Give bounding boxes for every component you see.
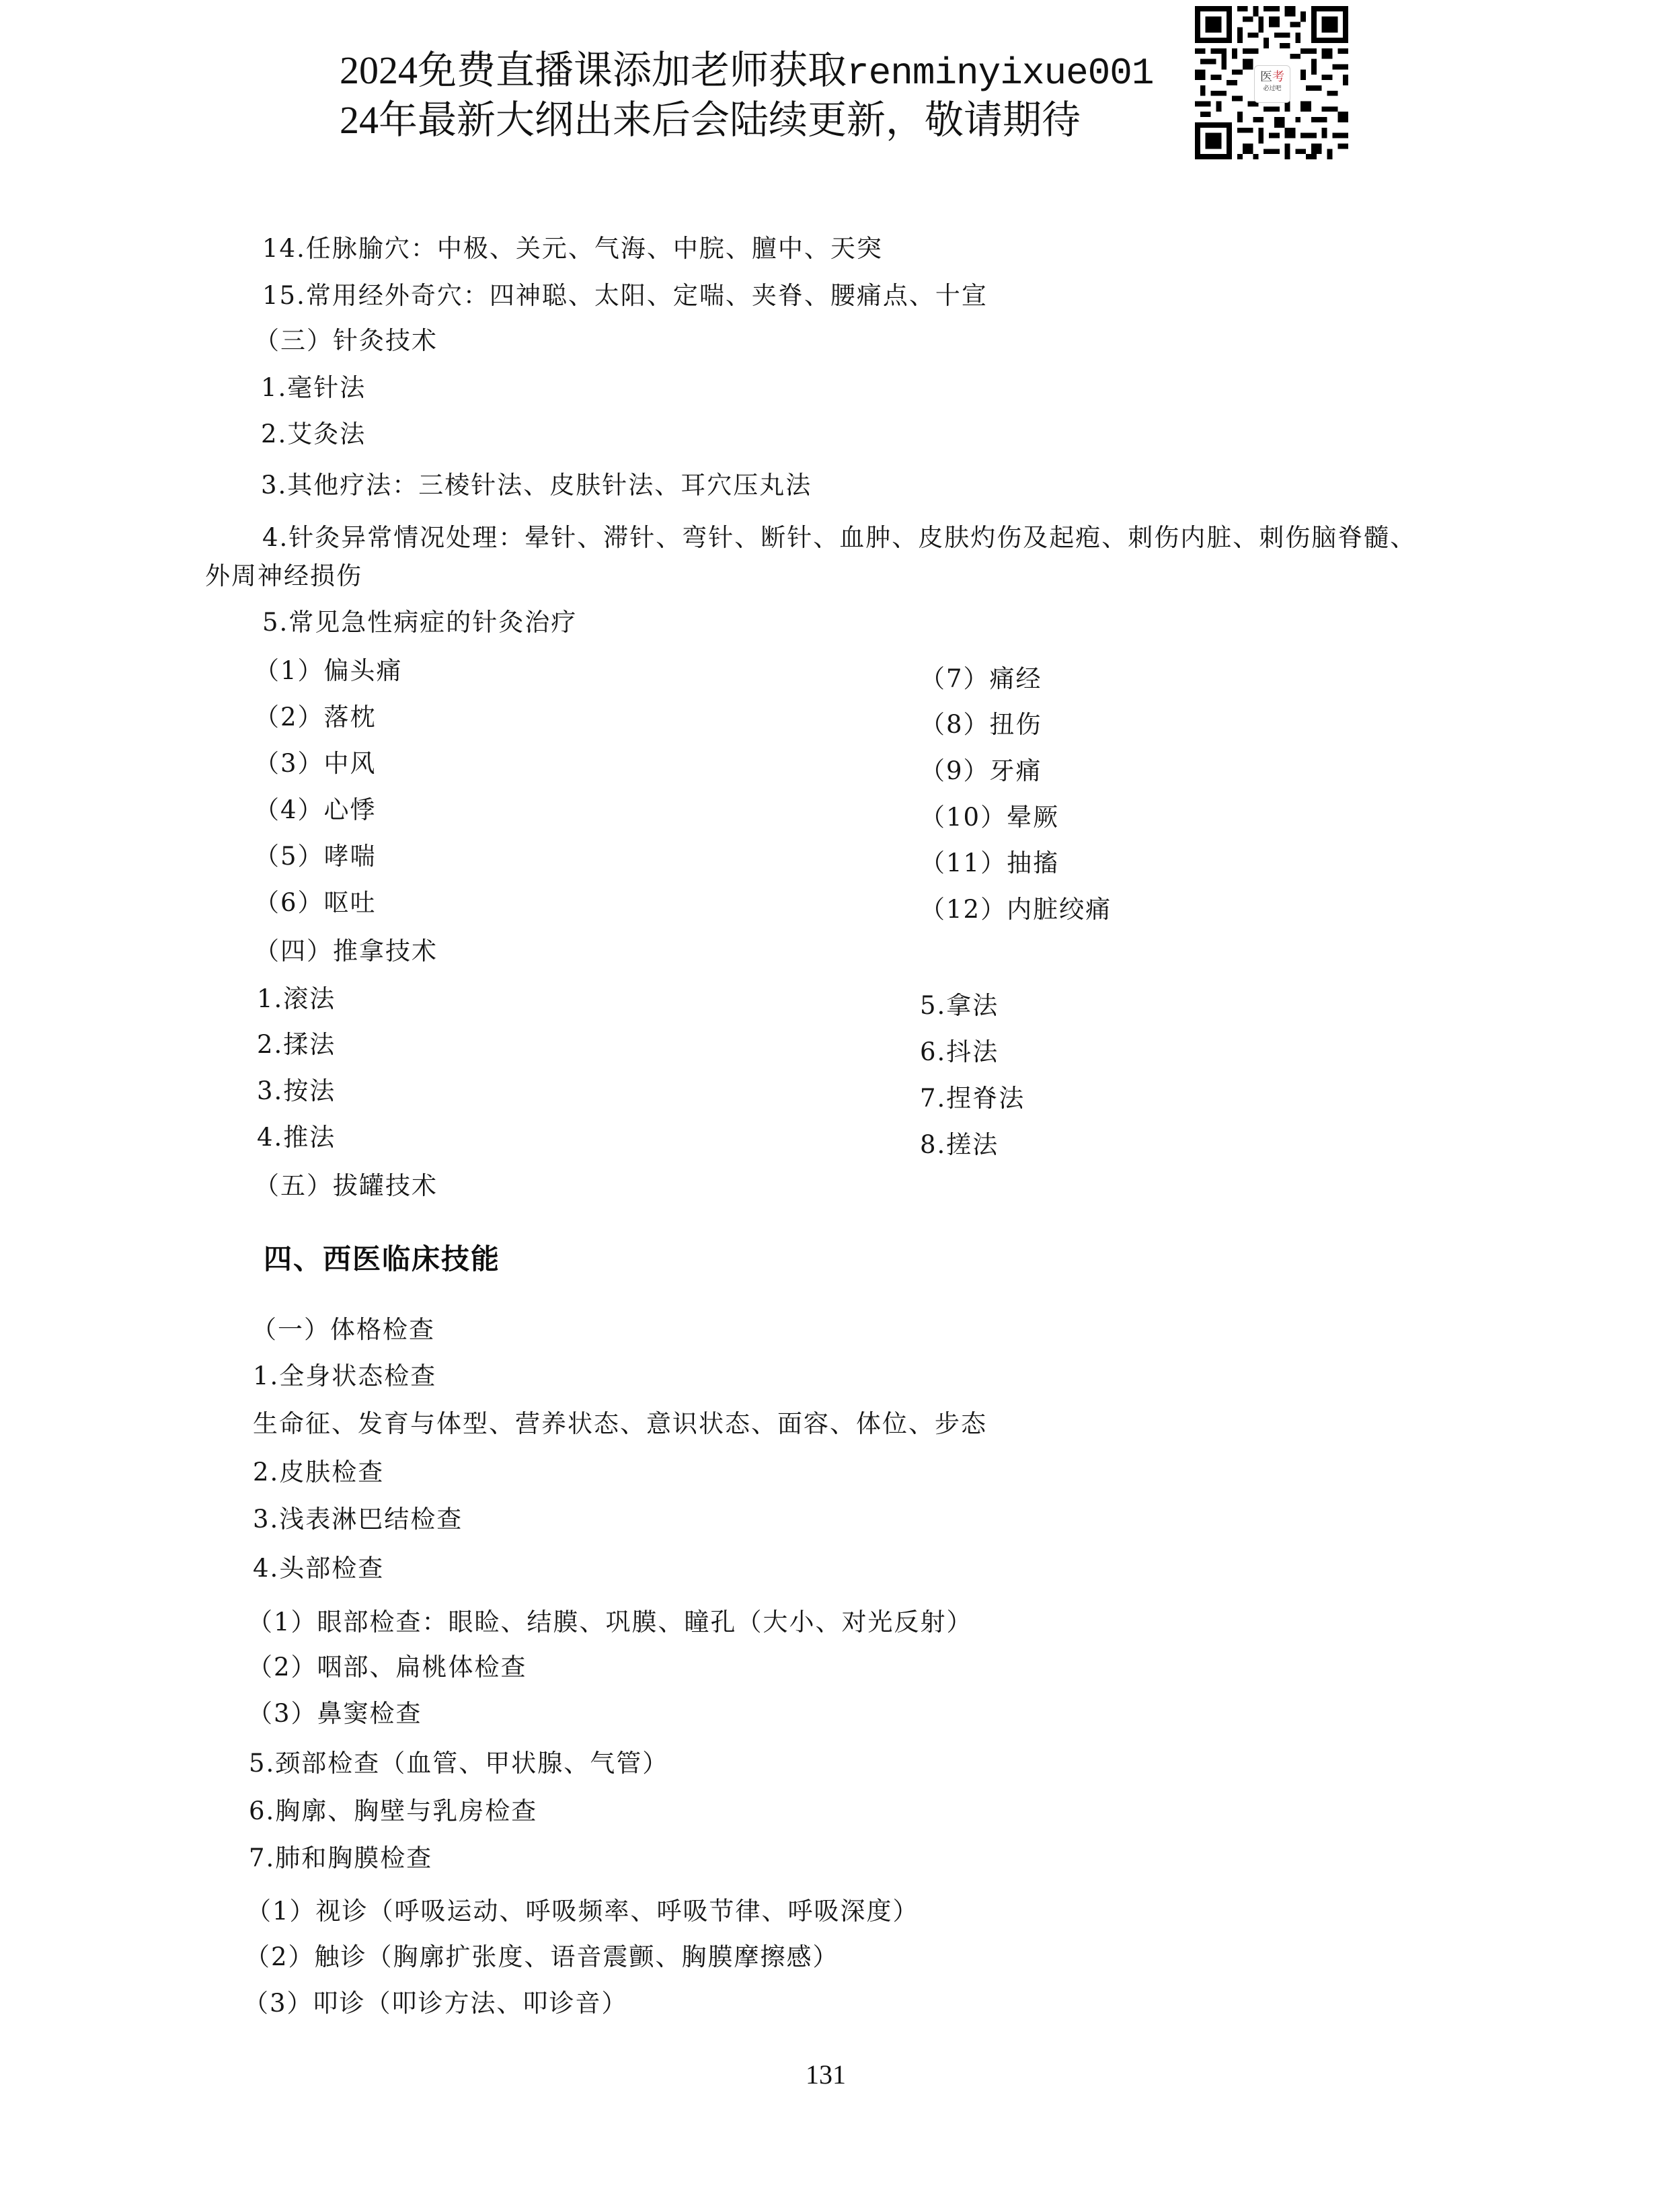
exam-line-14: （3）叩诊（叩诊方法、叩诊音） [243,1989,628,2018]
promo-line-2: 24年最新大纲出来后会陆续更新，敬请期待 [340,101,1081,140]
tuina-technique-3: 3.按法 [257,1076,336,1106]
qr-center-logo: 医考 必过吧 [1254,65,1290,103]
acute-condition-11: （11）抽搐 [920,848,1059,878]
exam-line-5: 4.头部检查 [253,1554,384,1583]
tuina-technique-8: 8.搓法 [920,1130,999,1160]
exam-line-8: （3）鼻窦检查 [247,1699,422,1729]
section-3-item-1: 1.毫针法 [261,373,366,403]
section-4-title: （四）推拿技术 [254,937,438,966]
exam-line-4: 3.浅表淋巴结检查 [253,1505,463,1534]
section-3-item-4: 4.针灸异常情况处理：晕针、滞针、弯针、断针、血肿、皮肤灼伤及起疱、刺伤内脏、刺… [262,523,1416,553]
acute-condition-9: （9）牙痛 [920,756,1042,786]
section-3-title: （三）针灸技术 [254,326,438,356]
acute-condition-3: （3）中风 [254,749,377,779]
acute-condition-5: （5）哮喘 [254,842,377,871]
text-line-item-14: 14.任脉腧穴：中极、关元、气海、中脘、膻中、天突 [262,234,883,264]
qr-logo-char-1: 医 [1260,70,1272,84]
promo-wechat-id: renminyixue001 [847,52,1153,95]
acute-condition-7: （7）痛经 [920,664,1042,694]
acute-condition-12: （12）内脏绞痛 [920,895,1112,924]
acute-condition-2: （2）落枕 [254,703,377,732]
exam-line-6: （1）眼部检查：眼睑、结膜、巩膜、瞳孔（大小、对光反射） [247,1608,973,1637]
exam-line-12: （1）视诊（呼吸运动、呼吸频率、呼吸节律、呼吸深度） [246,1897,919,1926]
tuina-technique-4: 4.推法 [257,1123,336,1152]
acute-condition-6: （6）呕吐 [254,888,377,918]
subsection-1-title: （一）体格检查 [251,1315,435,1345]
section-3-item-3: 3.其他疗法：三棱针法、皮肤针法、耳穴压丸法 [261,471,812,500]
qr-logo-title: 医考 [1255,70,1290,85]
section-3-item-5: 5.常见急性病症的针灸治疗 [262,608,577,637]
part-4-heading: 四、西医临床技能 [264,1242,500,1276]
acute-condition-1: （1）偏头痛 [254,656,403,686]
promo-line-1-text: 2024免费直播课添加老师获取 [340,48,847,92]
tuina-technique-1: 1.滚法 [257,984,336,1014]
qr-logo-subtitle: 必过吧 [1255,85,1290,93]
qr-code-icon: 医考 必过吧 [1195,3,1348,162]
exam-line-7: （2）咽部、扁桃体检查 [247,1653,527,1682]
section-5-title: （五）拔罐技术 [254,1171,438,1201]
tuina-technique-2: 2.揉法 [257,1030,336,1060]
section-3-item-2: 2.艾灸法 [261,420,366,449]
exam-line-2: 生命征、发育与体型、营养状态、意识状态、面容、体位、步态 [253,1409,987,1439]
exam-line-11: 7.肺和胸膜检查 [249,1844,432,1873]
tuina-technique-6: 6.抖法 [920,1037,999,1067]
exam-line-3: 2.皮肤检查 [253,1458,384,1487]
qr-logo-char-2: 考 [1272,70,1284,84]
exam-line-10: 6.胸廓、胸壁与乳房检查 [249,1796,537,1826]
exam-line-1: 1.全身状态检查 [253,1361,436,1391]
section-3-item-4-continuation: 外周神经损伤 [205,561,362,591]
exam-line-9: 5.颈部检查（血管、甲状腺、气管） [249,1749,668,1778]
acute-condition-8: （8）扭伤 [920,710,1042,740]
document-page: 2024免费直播课添加老师获取renminyixue001 24年最新大纲出来后… [0,0,1671,2212]
acute-condition-4: （4）心悸 [254,795,377,825]
tuina-technique-5: 5.拿法 [920,991,999,1021]
exam-line-13: （2）触诊（胸廓扩张度、语音震颤、胸膜摩擦感） [245,1942,839,1972]
acute-condition-10: （10）晕厥 [920,803,1059,832]
promo-line-1: 2024免费直播课添加老师获取renminyixue001 [340,51,1154,93]
text-line-item-15: 15.常用经外奇穴：四神聪、太阳、定喘、夹脊、腰痛点、十宣 [262,281,988,311]
tuina-technique-7: 7.捏脊法 [920,1084,1025,1113]
page-number: 131 [806,2059,846,2091]
